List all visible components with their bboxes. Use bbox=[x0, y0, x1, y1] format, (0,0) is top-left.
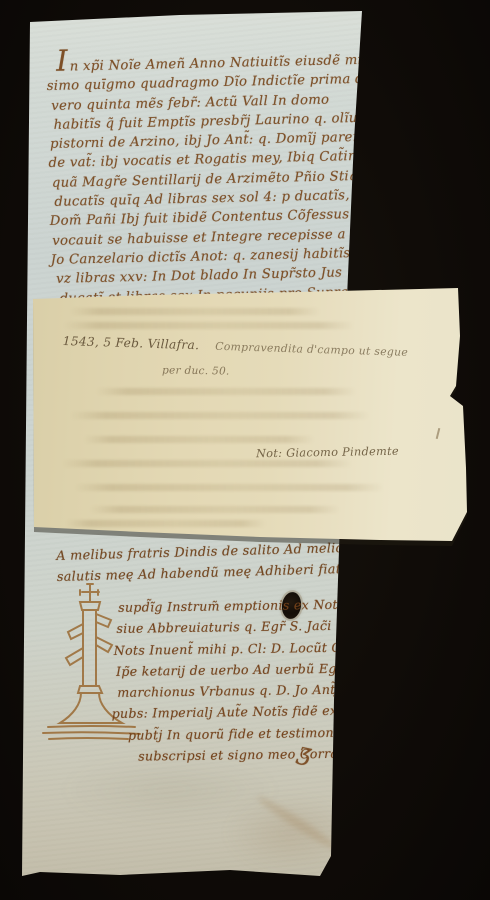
show-through-line bbox=[62, 460, 352, 467]
closing-line: siue Abbreuiaturis q. Egr̃ S. Jac̃i quon… bbox=[116, 614, 390, 639]
closing-line: pubs: Imperialj Aut̃e Notĩs fidẽ extraxi… bbox=[111, 700, 391, 725]
closing-line: Ip̃e ketarij de uerbo Ad uerbũ Ego Jo bbox=[116, 657, 391, 682]
show-through-line bbox=[90, 506, 340, 513]
closing-header-block: A melibus fratris Dindis de salito Ad me… bbox=[56, 538, 353, 588]
show-through-line bbox=[66, 520, 266, 527]
archival-subject: Compravendita d'campo ut segue bbox=[215, 340, 408, 359]
closing-line: subscripsi et signo meo Corroboranj bbox=[138, 742, 392, 767]
archival-note: 1543, 5 Feb. Villafra.Compravendita d'ca… bbox=[63, 334, 409, 359]
show-through-line bbox=[96, 388, 356, 395]
show-through-line bbox=[74, 484, 384, 491]
stray-ink-mark bbox=[436, 428, 441, 439]
closing-line: pubt̃j In quorũ fide et testimoniũ me bbox=[128, 721, 392, 746]
notary-name-note: Not: Giacomo Pindemte bbox=[256, 445, 399, 460]
archival-date-place: 1543, 5 Feb. Villafra. bbox=[63, 334, 200, 352]
paper-stain bbox=[60, 760, 280, 820]
show-through-line bbox=[64, 322, 354, 329]
show-through-line bbox=[70, 412, 370, 419]
act-text-block: In xp̃i Noĩe Ameñ Anno Natiuitĩs eiusdẽ … bbox=[46, 45, 382, 309]
closing-paragraph-block: supd̃ĩg Instrum̃ emptionis ex Notis siue… bbox=[110, 593, 392, 767]
closing-line: Nots Inuent̃ mihi p. Cl: D. Locũt Comiss… bbox=[114, 636, 391, 661]
manuscript-photo: In xp̃i Noĩe Ameñ Anno Natiuitĩs eiusdẽ … bbox=[0, 0, 490, 900]
show-through-line bbox=[70, 308, 320, 315]
show-through-line bbox=[84, 436, 314, 443]
archival-price-note: per duc. 50. bbox=[162, 364, 230, 377]
closing-line: marchionus Vrbanus q. D. Jo Ant̃j de vat bbox=[117, 678, 391, 703]
closing-line: supd̃ĩg Instrum̃ emptionis ex Notis bbox=[118, 593, 390, 618]
